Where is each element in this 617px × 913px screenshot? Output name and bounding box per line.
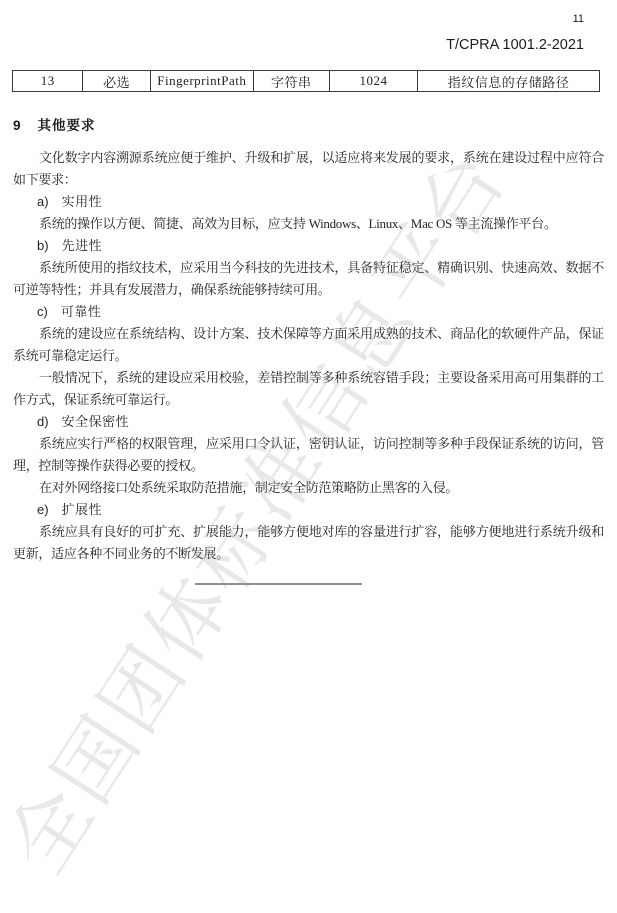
list-item: b)先进性 [13, 235, 604, 257]
list-item-label: a) [37, 191, 49, 213]
list-item-label: c) [37, 301, 48, 323]
list-item-label: e) [37, 499, 49, 521]
list-item-title: 安全保密性 [62, 414, 130, 429]
list-item: a)实用性 [13, 191, 604, 213]
paragraph: 系统的操作以方便、简捷、高效为目标，应支持 Windows、Linux、Mac … [13, 213, 604, 235]
field-spec-table: 13 必选 FingerprintPath 字符串 1024 指纹信息的存储路径 [12, 70, 600, 92]
cell-description: 指纹信息的存储路径 [418, 71, 600, 92]
table-row: 13 必选 FingerprintPath 字符串 1024 指纹信息的存储路径 [13, 71, 600, 92]
section-number: 9 [13, 118, 21, 133]
document-page: 11 T/CPRA 1001.2-2021 13 必选 FingerprintP… [0, 0, 617, 913]
paragraph: 系统的建设应在系统结构、设计方案、技术保障等方面采用成熟的技术、商品化的软硬件产… [13, 323, 604, 367]
cell-length: 1024 [329, 71, 417, 92]
paragraph: 在对外网络接口处系统采取防范措施，制定安全防范策略防止黑客的入侵。 [13, 477, 604, 499]
list-item-title: 先进性 [62, 238, 103, 253]
list-item-label: b) [37, 235, 49, 257]
list-item-title: 扩展性 [62, 502, 103, 517]
list-item-title: 可靠性 [61, 304, 102, 319]
list-item: e)扩展性 [13, 499, 604, 521]
list-item-title: 实用性 [62, 194, 103, 209]
section-title: 其他要求 [38, 118, 96, 133]
paragraph: 系统应实行严格的权限管理，应采用口令认证，密钥认证，访问控制等多种手段保证系统的… [13, 433, 604, 477]
page-number: 11 [573, 13, 584, 25]
list-item: d)安全保密性 [13, 411, 604, 433]
cell-data-type: 字符串 [253, 71, 329, 92]
section-body: 文化数字内容溯源系统应便于维护、升级和扩展，以适应将来发展的要求，系统在建设过程… [13, 147, 604, 565]
list-item: c)可靠性 [13, 301, 604, 323]
paragraph: 文化数字内容溯源系统应便于维护、升级和扩展，以适应将来发展的要求，系统在建设过程… [13, 147, 604, 191]
section-heading: 9其他要求 [13, 114, 96, 134]
cell-required: 必选 [83, 71, 151, 92]
standard-code: T/CPRA 1001.2-2021 [446, 37, 584, 53]
cell-row-number: 13 [13, 71, 83, 92]
end-of-text-divider [195, 583, 362, 585]
paragraph: 系统应具有良好的可扩充、扩展能力，能够方便地对库的容量进行扩容，能够方便地进行系… [13, 521, 604, 565]
cell-field-name: FingerprintPath [150, 71, 253, 92]
paragraph: 一般情况下，系统的建设应采用校验，差错控制等多种系统容错手段；主要设备采用高可用… [13, 367, 604, 411]
list-item-label: d) [37, 411, 49, 433]
paragraph: 系统所使用的指纹技术，应采用当今科技的先进技术，具备特征稳定、精确识别、快速高效… [13, 257, 604, 301]
